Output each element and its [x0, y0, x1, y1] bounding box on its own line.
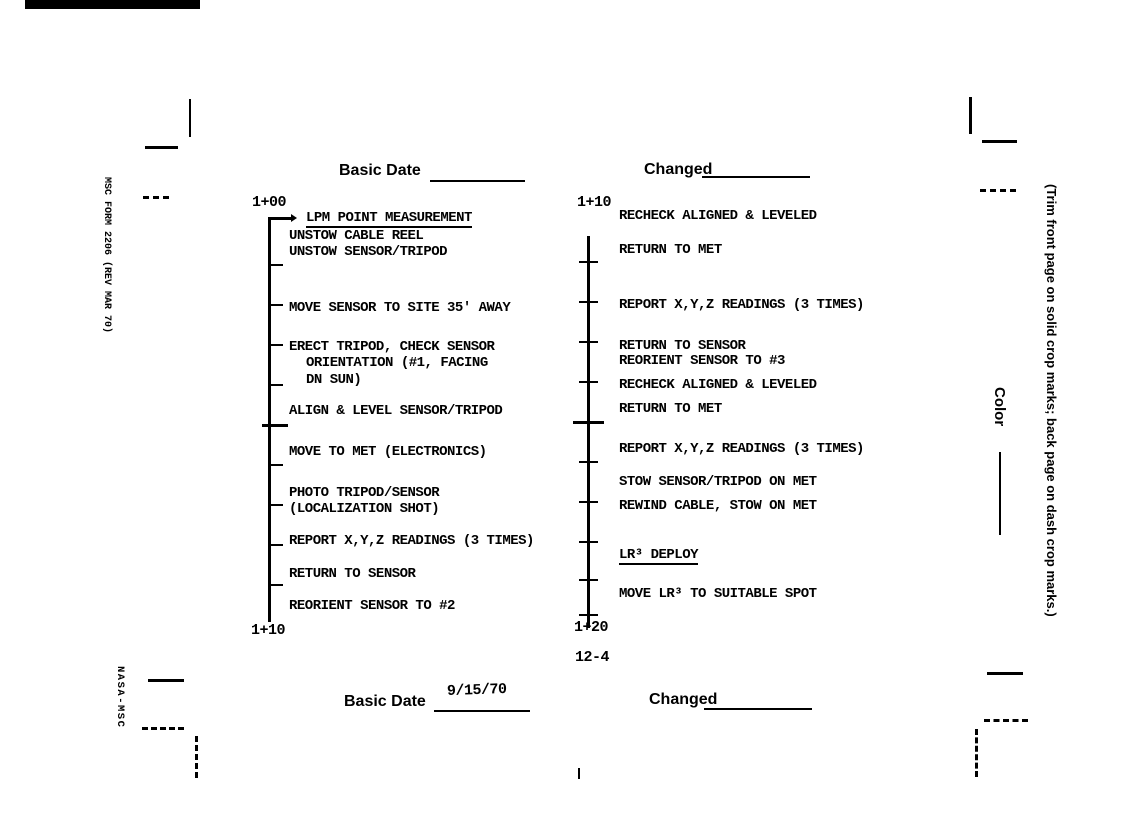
bottom-basic-date-label: Basic Date	[344, 694, 426, 710]
top-basic-date-label: Basic Date	[339, 163, 421, 179]
left-timeline-top-corner	[268, 217, 292, 220]
bottom-center-tick	[578, 768, 580, 779]
right-timeline-end-label: 1+20	[574, 621, 608, 635]
top-left-registration-bar	[25, 0, 200, 9]
task-item: MOVE TO MET (ELECTRONICS)	[289, 445, 487, 459]
task-item: UNSTOW SENSOR/TRIPOD	[289, 245, 447, 259]
task-item: REPORT X,Y,Z READINGS (3 TIMES)	[289, 534, 534, 548]
crop-mark-bottom-left-vertical-dashed	[195, 736, 198, 778]
crop-mark-bottom-left-horizontal	[148, 679, 184, 682]
trim-note-vertical: (Trim front page on solid crop marks; ba…	[1044, 184, 1059, 617]
crop-mark-top-right-horizontal	[982, 140, 1017, 143]
basic-date-value: 9/15/70	[447, 683, 507, 699]
crop-mark-top-left-dashed	[143, 196, 169, 199]
left-timeline-end-label: 1+10	[251, 624, 285, 638]
section-title: LR³ DEPLOY	[619, 548, 698, 565]
task-item: RETURN TO SENSOR	[619, 339, 745, 353]
task-item: RETURN TO MET	[619, 243, 722, 257]
left-timeline-start-label: 1+00	[252, 196, 286, 210]
task-item: REPORT X,Y,Z READINGS (3 TIMES)	[619, 298, 864, 312]
crop-mark-top-right-vertical	[969, 97, 972, 134]
timeline-tick	[579, 541, 598, 543]
task-item: REPORT X,Y,Z READINGS (3 TIMES)	[619, 442, 864, 456]
document-page: MSC FORM 2206 (REV MAR 70) NASA-MSC (Tri…	[0, 0, 1145, 824]
timeline-tick	[271, 504, 283, 506]
task-item: RECHECK ALIGNED & LEVELED	[619, 378, 817, 392]
task-item: REWIND CABLE, STOW ON MET	[619, 499, 817, 513]
task-item: RETURN TO SENSOR	[289, 567, 415, 581]
bottom-changed-label: Changed	[649, 692, 717, 708]
crop-mark-bottom-right-vertical-dashed	[975, 729, 978, 777]
task-item: ALIGN & LEVEL SENSOR/TRIPOD	[289, 404, 502, 418]
task-item: REORIENT SENSOR TO #3	[619, 354, 785, 368]
task-item: DN SUN)	[306, 373, 361, 387]
timeline-tick	[271, 304, 283, 306]
timeline-tick	[579, 341, 598, 343]
task-item: REORIENT SENSOR TO #2	[289, 599, 455, 613]
bottom-basic-date-line	[434, 710, 530, 712]
timeline-tick	[271, 264, 283, 266]
crop-mark-top-left-horizontal	[145, 146, 178, 149]
crop-mark-bottom-left-dashed	[142, 727, 184, 730]
color-fill-line	[999, 452, 1001, 535]
task-item: MOVE LR³ TO SUITABLE SPOT	[619, 587, 817, 601]
left-timeline-arrowhead-icon	[291, 214, 297, 222]
timeline-tick	[271, 464, 283, 466]
timeline-tick	[271, 584, 283, 586]
top-basic-date-line	[430, 180, 525, 182]
form-number-vertical: MSC FORM 2206 (REV MAR 70)	[100, 177, 112, 333]
crop-mark-top-right-dashed	[980, 189, 1016, 192]
right-timeline-start-label: 1+10	[577, 196, 611, 210]
timeline-tick	[271, 384, 283, 386]
task-item: ORIENTATION (#1, FACING	[306, 356, 488, 370]
crop-mark-bottom-right-dashed	[984, 719, 1028, 722]
timeline-tick	[579, 579, 598, 581]
task-item: MOVE SENSOR TO SITE 35' AWAY	[289, 301, 510, 315]
timeline-tick	[579, 261, 598, 263]
timeline-tick	[579, 301, 598, 303]
crop-mark-bottom-right-horizontal	[987, 672, 1023, 675]
section-title: LPM POINT MEASUREMENT	[306, 211, 472, 228]
task-item: (LOCALIZATION SHOT)	[289, 502, 439, 516]
task-item: RETURN TO MET	[619, 402, 722, 416]
color-label-vertical: Color	[991, 387, 1007, 426]
timeline-tick	[579, 501, 598, 503]
bottom-changed-line	[704, 708, 812, 710]
task-item: PHOTO TRIPOD/SENSOR	[289, 486, 439, 500]
timeline-long-tick	[573, 421, 604, 424]
timeline-tick	[271, 344, 283, 346]
crop-mark-top-left-vertical	[189, 99, 191, 137]
timeline-tick	[271, 544, 283, 546]
task-item: STOW SENSOR/TRIPOD ON MET	[619, 475, 817, 489]
timeline-tick	[579, 381, 598, 383]
timeline-tick	[579, 614, 598, 616]
page-number: 12-4	[575, 651, 609, 665]
timeline-long-tick	[262, 424, 288, 427]
timeline-tick	[579, 461, 598, 463]
right-timeline-line	[587, 236, 590, 628]
nasa-msc-vertical: NASA-MSC	[114, 666, 126, 728]
task-item: ERECT TRIPOD, CHECK SENSOR	[289, 340, 494, 354]
task-item: RECHECK ALIGNED & LEVELED	[619, 209, 817, 223]
task-item: UNSTOW CABLE REEL	[289, 229, 423, 243]
top-changed-line	[702, 176, 810, 178]
left-timeline-line	[268, 217, 271, 622]
